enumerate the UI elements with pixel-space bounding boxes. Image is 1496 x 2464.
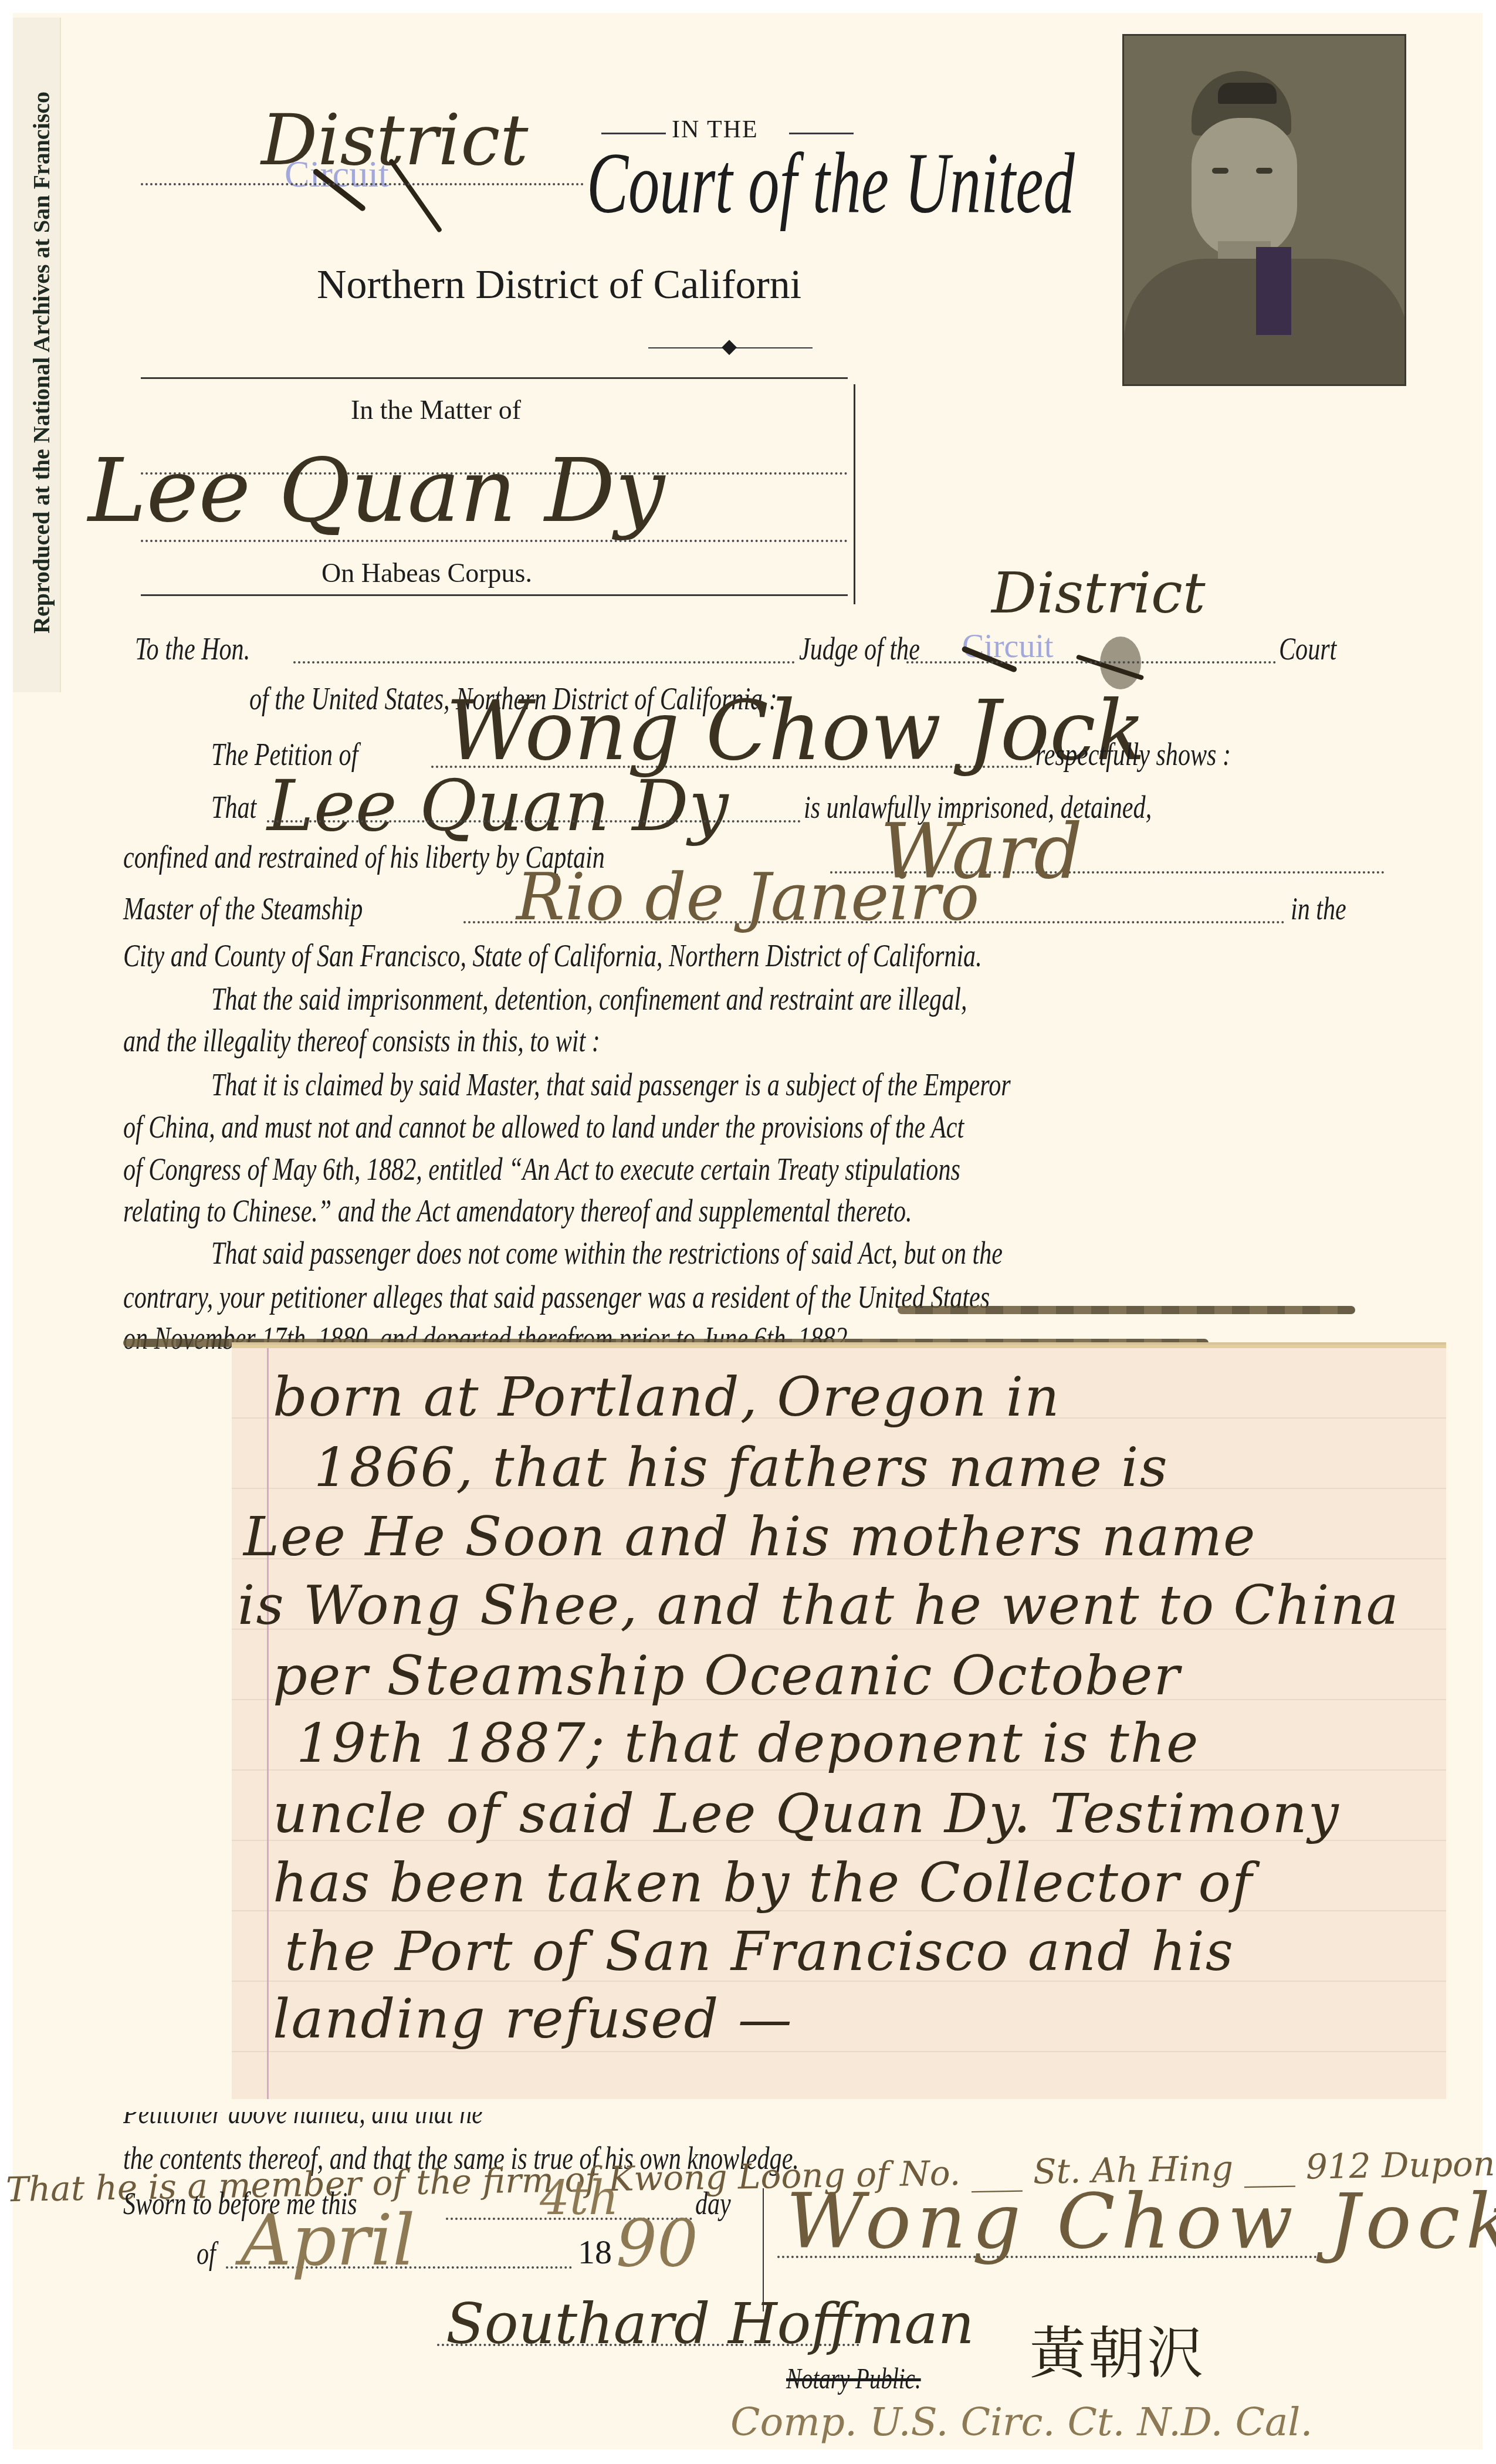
detainee-name-handwritten: Lee Quan Dy [267, 766, 729, 847]
para3-line1: That said passenger does not come within… [211, 1235, 1003, 1271]
notary-signature: Southard Hoffman [446, 2291, 974, 2357]
note-line: 19th 1887; that deponent is the [296, 1712, 1200, 1775]
city-line: City and County of San Francisco, State … [123, 937, 982, 974]
petitioner-signature: Wong Chow Jock [786, 2177, 1496, 2266]
eye-shape [1212, 168, 1228, 174]
para3-line2: contrary, your petitioner alleges that s… [123, 1279, 990, 1315]
district-heading: Northern District of Californi [317, 262, 801, 309]
para3-line2-kept: contrary, your petitioner alleges that s… [123, 1280, 686, 1315]
notary-title-handwritten: Comp. U.S. Circ. Ct. N.D. Cal. [730, 2399, 1312, 2445]
judge-name-blank [293, 661, 795, 664]
note-line: landing refused — [273, 1988, 793, 2050]
note-line: born at Portland, Oregon in [273, 1366, 1061, 1429]
month-handwritten: April [241, 2200, 415, 2282]
note-line: 1866, that his fathers name is [314, 1436, 1169, 1499]
in-the-matter-label: In the Matter of [351, 394, 521, 425]
note-line: uncle of said Lee Quan Dy. Testimony [273, 1782, 1340, 1845]
court-type-blank-2 [906, 661, 1276, 664]
hat-band-shape [1218, 83, 1277, 104]
note-line: Lee He Soon and his mothers name [243, 1505, 1256, 1568]
master-of-steamship-label: Master of the Steamship [123, 891, 363, 927]
strikethrough-mark [898, 1306, 1355, 1314]
archive-stamp-text: Reproduced at the National Archives at S… [28, 100, 57, 634]
year-prefix: 18 [578, 2232, 612, 2272]
para2-line3: of Congress of May 6th, 1882, entitled “… [123, 1151, 960, 1187]
matter-name-handwritten: Lee Quan Dy [88, 440, 665, 542]
matter-name-blank [141, 540, 848, 542]
judge-of-the-label: Judge of the [799, 631, 920, 667]
para2-line2: of China, and must not and cannot be all… [123, 1109, 964, 1145]
note-line: is Wong Shee, and that he went to China [238, 1574, 1400, 1637]
court-title: Court of the United [587, 134, 1075, 233]
archive-strip: Reproduced at the National Archives at S… [13, 18, 61, 692]
of-label: of [197, 2235, 216, 2272]
matter-box-bottom-rule [141, 594, 848, 596]
ornament-icon: ◆ [722, 334, 737, 358]
pasted-handwritten-note: born at Portland, Oregon in 1866, that h… [232, 1345, 1446, 2099]
on-habeas-corpus-label: On Habeas Corpus. [321, 557, 532, 588]
para1-line1: That the said imprisonment, detention, c… [211, 981, 967, 1017]
day-handwritten: 4th [540, 2171, 619, 2225]
steamship-name-handwritten: Rio de Janeiro [516, 859, 979, 935]
chinese-signature: 黃朝沢 [1030, 2309, 1206, 2389]
that-label: That [211, 789, 256, 825]
matter-box-top-rule [141, 377, 848, 379]
matter-box-brace [854, 384, 855, 604]
collar-shape [1256, 247, 1291, 335]
para2-line1: That it is claimed by said Master, that … [211, 1067, 1011, 1103]
court-type-struck-stamp-2: Circuit [962, 628, 1054, 665]
court-type-blank [141, 183, 584, 185]
para2-line4: relating to Chinese.” and the Act amenda… [123, 1193, 912, 1229]
court-type-handwritten-2: District [991, 560, 1205, 626]
face-shape [1192, 118, 1297, 259]
note-margin-line [267, 1348, 269, 2099]
portrait-photo [1122, 34, 1406, 386]
para1-line2: and the illegality thereof consists in t… [123, 1023, 600, 1059]
notary-public-struck: Notary Public. [786, 2361, 921, 2395]
note-line: the Port of San Francisco and his [285, 1920, 1234, 1983]
in-the-label-2: in the [1291, 891, 1346, 927]
detainee-name-blank [267, 820, 801, 823]
note-line: has been taken by the Collector of [273, 1852, 1253, 1914]
day-label: day [695, 2185, 731, 2222]
to-the-hon-label: To the Hon. [135, 631, 250, 667]
respectfully-shows-label: respectfully shows : [1035, 736, 1231, 773]
year-handwritten: 90 [616, 2206, 698, 2281]
note-line: per Steamship Oceanic October [273, 1644, 1180, 1707]
court-label: Court [1279, 631, 1336, 667]
eye-shape [1256, 168, 1272, 174]
